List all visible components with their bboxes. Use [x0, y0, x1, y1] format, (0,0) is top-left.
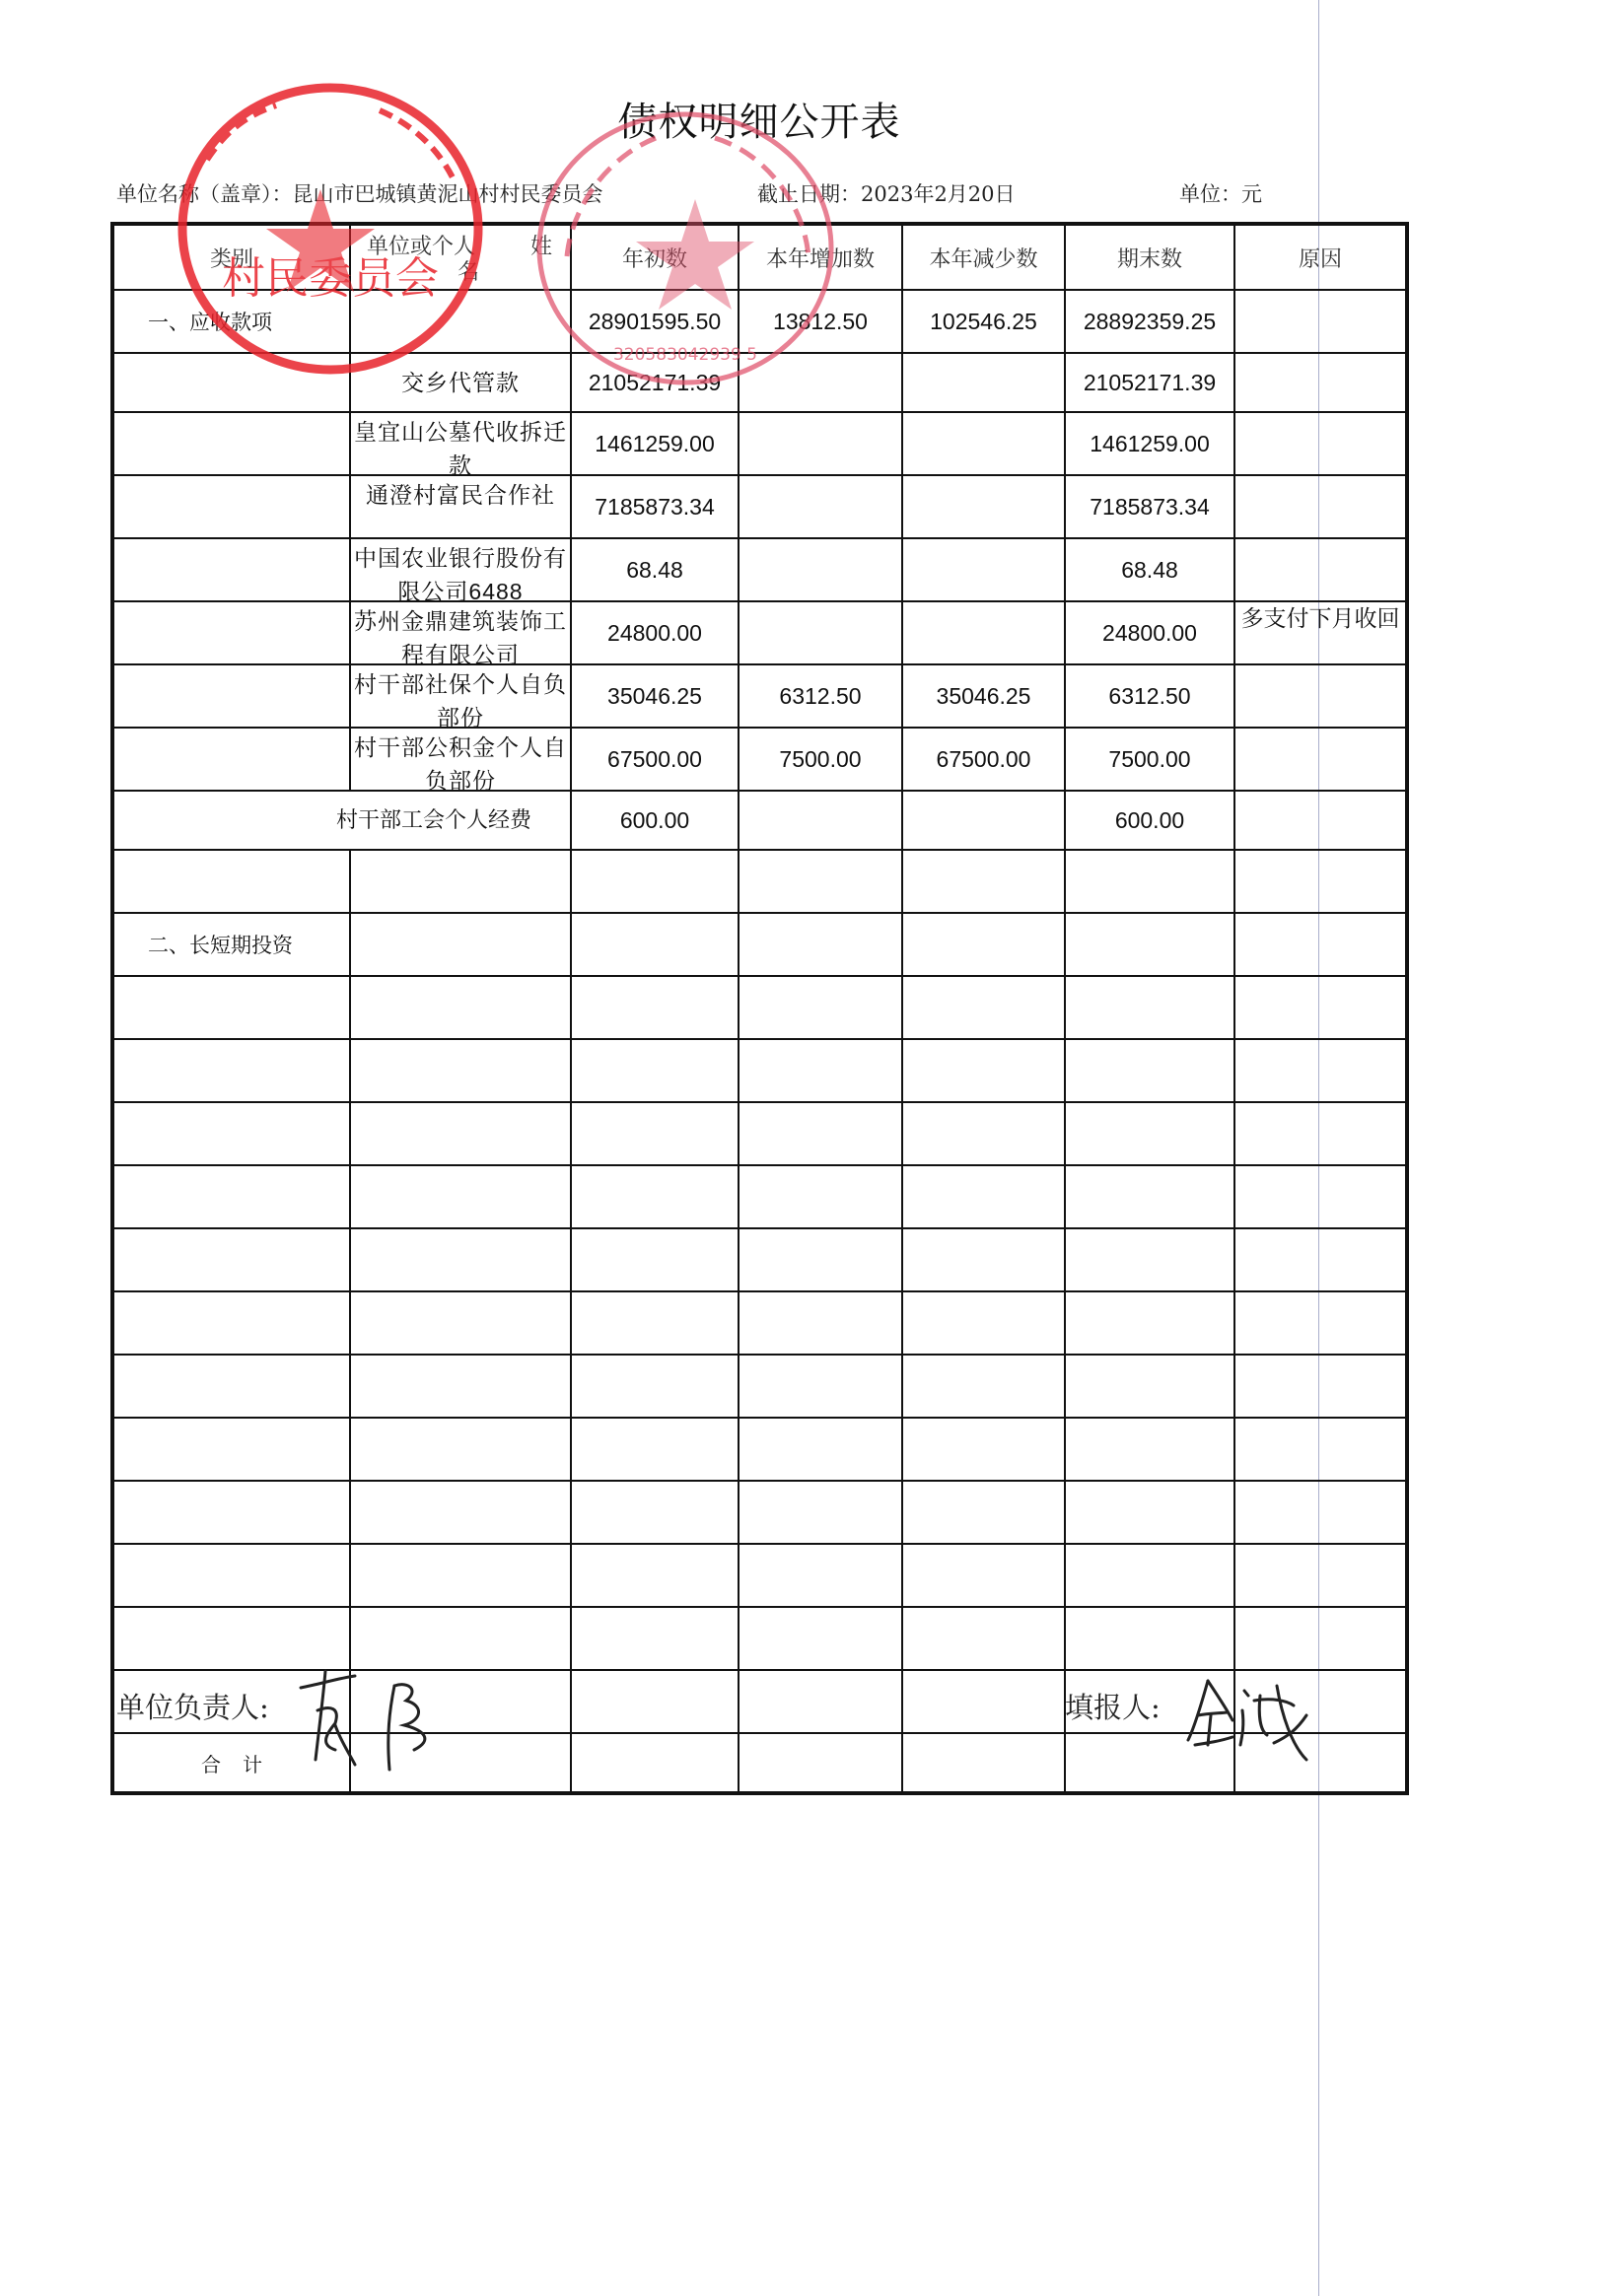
header-row: 类别 单位或个人 姓 名 年初数 本年增加数 本年减少数 期末数 原因	[112, 224, 1407, 290]
name-cell: 中国农业银行股份有限公司6488	[350, 538, 571, 601]
reason-cell	[1234, 1102, 1407, 1165]
category-cell: 二、长短期投资	[112, 913, 350, 976]
opening-cell	[571, 1291, 739, 1355]
category-cell	[112, 664, 350, 728]
closing-cell: 600.00	[1065, 791, 1234, 850]
decrease-cell	[902, 353, 1065, 412]
opening-cell: 68.48	[571, 538, 739, 601]
increase-cell	[739, 601, 902, 664]
table-row	[112, 1607, 1407, 1670]
header-reason: 原因	[1234, 224, 1407, 290]
closing-cell: 7185873.34	[1065, 475, 1234, 538]
table-row: 村干部公积金个人自负部份67500.007500.0067500.007500.…	[112, 728, 1407, 791]
table-row: 中国农业银行股份有限公司648868.4868.48	[112, 538, 1407, 601]
increase-cell	[739, 1228, 902, 1291]
name-cell	[350, 1607, 571, 1670]
increase-cell	[739, 1165, 902, 1228]
reason-cell	[1234, 1544, 1407, 1607]
opening-cell: 21052171.39	[571, 353, 739, 412]
name-cell: 村干部社保个人自负部份	[350, 664, 571, 728]
table-row	[112, 976, 1407, 1039]
closing-cell	[1065, 1228, 1234, 1291]
increase-cell	[739, 976, 902, 1039]
decrease-cell	[902, 1418, 1065, 1481]
closing-cell	[1065, 1355, 1234, 1418]
reason-cell	[1234, 913, 1407, 976]
header-name: 单位或个人 姓 名	[350, 224, 571, 290]
closing-cell	[1065, 1544, 1234, 1607]
decrease-cell	[902, 475, 1065, 538]
opening-cell: 35046.25	[571, 664, 739, 728]
name-cell	[350, 1544, 571, 1607]
table-row	[112, 1165, 1407, 1228]
decrease-cell	[902, 791, 1065, 850]
increase-cell	[739, 1291, 902, 1355]
name-cell	[350, 1102, 571, 1165]
decrease-cell	[902, 850, 1065, 913]
table-row: 通澄村富民合作社7185873.347185873.34	[112, 475, 1407, 538]
claims-table: 类别 单位或个人 姓 名 年初数 本年增加数 本年减少数 期末数 原因 一、应收…	[110, 222, 1409, 1795]
table-row	[112, 1228, 1407, 1291]
name-cell	[350, 290, 571, 353]
opening-cell	[571, 1039, 739, 1102]
reason-cell	[1234, 353, 1407, 412]
closing-cell	[1065, 1291, 1234, 1355]
opening-cell	[571, 1670, 739, 1733]
decrease-cell	[902, 976, 1065, 1039]
name-cell	[350, 913, 571, 976]
closing-cell: 24800.00	[1065, 601, 1234, 664]
header-increase: 本年增加数	[739, 224, 902, 290]
decrease-cell	[902, 1291, 1065, 1355]
table-row	[112, 850, 1407, 913]
closing-cell: 21052171.39	[1065, 353, 1234, 412]
page-title: 债权明细公开表	[0, 91, 1518, 147]
category-cell	[112, 976, 350, 1039]
closing-cell: 68.48	[1065, 538, 1234, 601]
reason-cell	[1234, 976, 1407, 1039]
reason-cell	[1234, 728, 1407, 791]
reason-cell	[1234, 664, 1407, 728]
increase-cell	[739, 353, 902, 412]
name-cell: 苏州金鼎建筑装饰工程有限公司	[350, 601, 571, 664]
table-row: 皇宜山公墓代收拆迁款1461259.001461259.00	[112, 412, 1407, 475]
total-cell	[571, 1733, 739, 1793]
category-cell	[112, 1544, 350, 1607]
decrease-cell	[902, 1102, 1065, 1165]
name-cell: 交乡代管款	[350, 353, 571, 412]
reason-cell	[1234, 538, 1407, 601]
decrease-cell	[902, 538, 1065, 601]
reason-cell	[1234, 1039, 1407, 1102]
closing-cell: 1461259.00	[1065, 412, 1234, 475]
decrease-cell: 35046.25	[902, 664, 1065, 728]
header-decrease: 本年减少数	[902, 224, 1065, 290]
closing-cell	[1065, 1102, 1234, 1165]
category-cell	[112, 475, 350, 538]
increase-cell	[739, 412, 902, 475]
currency-unit: 单位：元	[1179, 178, 1262, 208]
reason-cell	[1234, 1355, 1407, 1418]
opening-cell	[571, 1481, 739, 1544]
increase-cell: 7500.00	[739, 728, 902, 791]
decrease-cell	[902, 913, 1065, 976]
increase-cell	[739, 1102, 902, 1165]
increase-cell	[739, 1481, 902, 1544]
closing-cell	[1065, 1418, 1234, 1481]
responsible-person-label: 单位负责人:	[116, 1686, 269, 1726]
decrease-cell	[902, 1670, 1065, 1733]
closing-cell	[1065, 850, 1234, 913]
name-cell	[350, 1165, 571, 1228]
closing-cell: 7500.00	[1065, 728, 1234, 791]
increase-cell	[739, 913, 902, 976]
opening-cell: 28901595.50	[571, 290, 739, 353]
increase-cell: 6312.50	[739, 664, 902, 728]
reason-cell	[1234, 1165, 1407, 1228]
name-cell: 皇宜山公墓代收拆迁款	[350, 412, 571, 475]
name-cell	[350, 1291, 571, 1355]
decrease-cell	[902, 1039, 1065, 1102]
reason-cell: 多支付下月收回	[1234, 601, 1407, 664]
decrease-cell: 102546.25	[902, 290, 1065, 353]
name-cell	[350, 976, 571, 1039]
total-cell	[739, 1733, 902, 1793]
opening-cell	[571, 1607, 739, 1670]
category-cell	[112, 538, 350, 601]
header-opening: 年初数	[571, 224, 739, 290]
responsible-signature	[296, 1666, 463, 1774]
table-row: 一、应收款项28901595.5013812.50102546.25288923…	[112, 290, 1407, 353]
name-cell	[350, 1481, 571, 1544]
decrease-cell	[902, 1544, 1065, 1607]
reason-cell	[1234, 290, 1407, 353]
opening-cell	[571, 1544, 739, 1607]
opening-cell	[571, 1355, 739, 1418]
name-cell: 通澄村富民合作社	[350, 475, 571, 538]
opening-cell	[571, 1102, 739, 1165]
closing-cell: 28892359.25	[1065, 290, 1234, 353]
category-cell	[112, 1102, 350, 1165]
closing-cell	[1065, 976, 1234, 1039]
increase-cell	[739, 850, 902, 913]
category-cell	[112, 412, 350, 475]
closing-cell	[1065, 913, 1234, 976]
increase-cell	[739, 791, 902, 850]
category-cell	[112, 1481, 350, 1544]
increase-cell	[739, 1607, 902, 1670]
table-row	[112, 1039, 1407, 1102]
preparer-signature	[1183, 1676, 1321, 1765]
opening-cell	[571, 850, 739, 913]
opening-cell: 67500.00	[571, 728, 739, 791]
reason-cell	[1234, 412, 1407, 475]
opening-cell	[571, 1228, 739, 1291]
decrease-cell	[902, 601, 1065, 664]
opening-cell	[571, 1418, 739, 1481]
name-cell: 村干部工会个人经费	[336, 791, 557, 850]
reason-cell	[1234, 1228, 1407, 1291]
table-row	[112, 1291, 1407, 1355]
opening-cell	[571, 913, 739, 976]
reason-cell	[1234, 1418, 1407, 1481]
increase-cell	[739, 1039, 902, 1102]
closing-cell	[1065, 1607, 1234, 1670]
reason-cell	[1234, 850, 1407, 913]
decrease-cell	[902, 1355, 1065, 1418]
reason-cell	[1234, 1481, 1407, 1544]
preparer-label: 填报人:	[1065, 1686, 1161, 1726]
name-cell	[350, 1039, 571, 1102]
increase-cell: 13812.50	[739, 290, 902, 353]
category-cell: 一、应收款项	[112, 290, 350, 353]
reason-cell	[1234, 1291, 1407, 1355]
increase-cell	[739, 1544, 902, 1607]
closing-cell	[1065, 1165, 1234, 1228]
category-cell	[112, 1607, 350, 1670]
category-cell	[112, 1355, 350, 1418]
as-of-date: 截止日期：2023年2月20日	[757, 178, 1016, 208]
category-cell	[112, 1291, 350, 1355]
table-row: 苏州金鼎建筑装饰工程有限公司24800.0024800.00多支付下月收回	[112, 601, 1407, 664]
total-cell	[902, 1733, 1065, 1793]
increase-cell	[739, 538, 902, 601]
header-closing: 期末数	[1065, 224, 1234, 290]
closing-cell: 6312.50	[1065, 664, 1234, 728]
decrease-cell	[902, 412, 1065, 475]
increase-cell	[739, 1418, 902, 1481]
table-row	[112, 1355, 1407, 1418]
reason-cell	[1234, 475, 1407, 538]
increase-cell	[739, 475, 902, 538]
category-cell	[112, 601, 350, 664]
decrease-cell	[902, 1165, 1065, 1228]
table-row: 村干部工会个人经费600.00600.00	[112, 791, 1407, 850]
name-cell	[350, 1418, 571, 1481]
category-cell	[112, 1039, 350, 1102]
opening-cell: 7185873.34	[571, 475, 739, 538]
name-cell	[350, 850, 571, 913]
decrease-cell	[902, 1481, 1065, 1544]
category-cell	[112, 1228, 350, 1291]
header-category: 类别	[112, 224, 350, 290]
reason-cell	[1234, 791, 1407, 850]
closing-cell	[1065, 1481, 1234, 1544]
decrease-cell: 67500.00	[902, 728, 1065, 791]
reason-cell	[1234, 1607, 1407, 1670]
category-cell	[112, 728, 350, 791]
opening-cell: 600.00	[571, 791, 739, 850]
table-row: 二、长短期投资	[112, 913, 1407, 976]
table-row	[112, 1418, 1407, 1481]
opening-cell	[571, 1165, 739, 1228]
category-cell	[112, 791, 350, 850]
category-cell	[112, 1165, 350, 1228]
opening-cell: 1461259.00	[571, 412, 739, 475]
unit-name: 单位名称（盖章）：昆山市巴城镇黄泥山村村民委员会	[116, 178, 603, 208]
name-cell	[350, 1228, 571, 1291]
closing-cell	[1065, 1039, 1234, 1102]
table-row	[112, 1544, 1407, 1607]
opening-cell	[571, 976, 739, 1039]
name-cell	[350, 1355, 571, 1418]
name-cell: 村干部公积金个人自负部份	[350, 728, 571, 791]
increase-cell	[739, 1670, 902, 1733]
table-row	[112, 1481, 1407, 1544]
opening-cell: 24800.00	[571, 601, 739, 664]
increase-cell	[739, 1355, 902, 1418]
table-row: 交乡代管款21052171.3921052171.39	[112, 353, 1407, 412]
table-row: 村干部社保个人自负部份35046.256312.5035046.256312.5…	[112, 664, 1407, 728]
table-row	[112, 1102, 1407, 1165]
category-cell	[112, 850, 350, 913]
category-cell	[112, 353, 350, 412]
decrease-cell	[902, 1607, 1065, 1670]
category-cell	[112, 1418, 350, 1481]
decrease-cell	[902, 1228, 1065, 1291]
